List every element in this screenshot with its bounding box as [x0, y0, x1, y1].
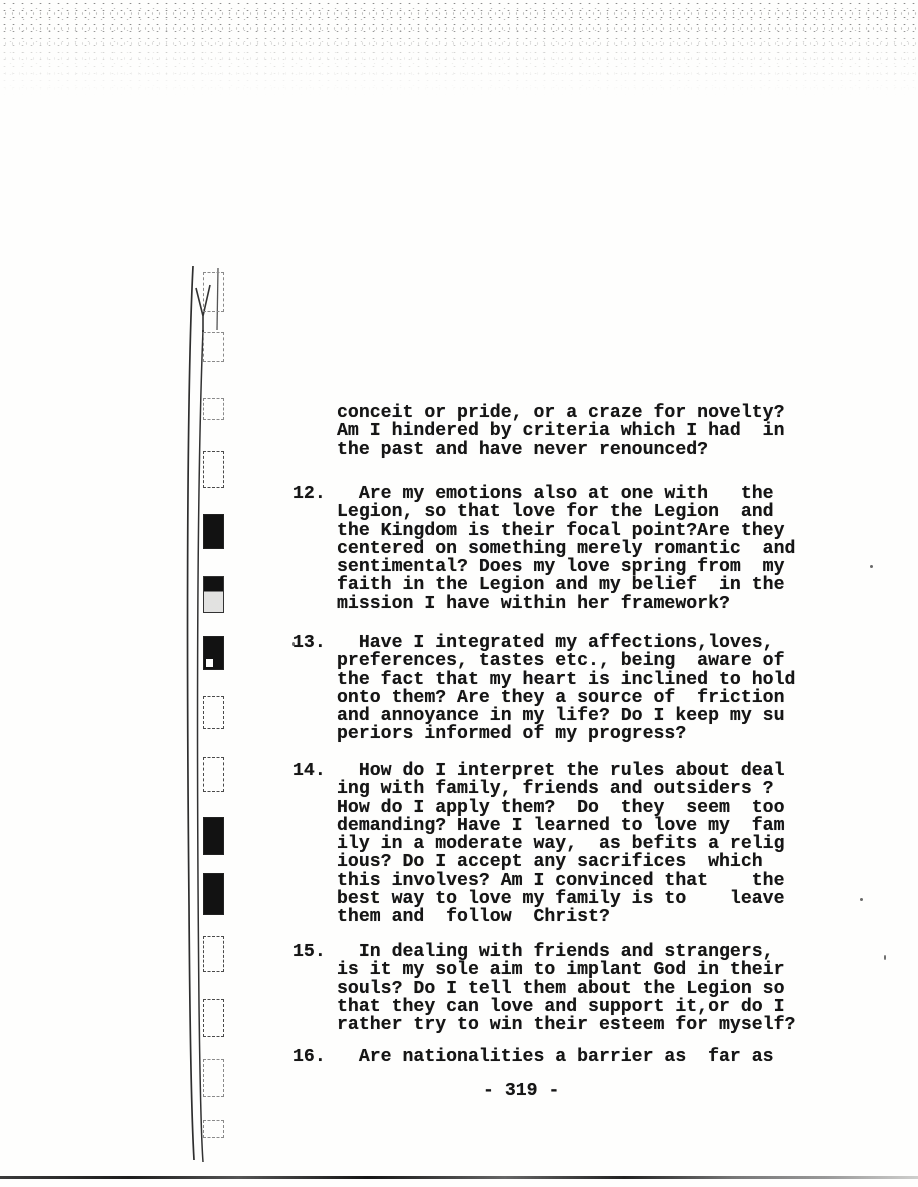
text-line: demanding? Have I learned to love my fam: [337, 817, 785, 835]
text-line: this involves? Am I convinced that the: [337, 872, 785, 890]
text-line: them and follow Christ?: [337, 908, 785, 926]
text-line: ily in a moderate way, as befits a relig: [337, 835, 785, 853]
binding-mark-solid: [203, 636, 224, 670]
text-line: centered on something merely romantic an…: [337, 540, 795, 558]
binding-mark-hollow: [203, 272, 224, 312]
text-line: conceit or pride, or a craze for novelty…: [337, 404, 785, 422]
text-line: the Kingdom is their focal point?Are the…: [337, 522, 795, 540]
question-item-15: 15. In dealing with friends and stranger…: [337, 943, 795, 1034]
binding-mark-hollow: [203, 936, 224, 972]
text-line: onto them? Are they a source of friction: [337, 689, 795, 707]
scanned-document-page: conceit or pride, or a craze for novelty…: [0, 0, 918, 1187]
text-line: souls? Do I tell them about the Legion s…: [337, 980, 795, 998]
text-line: ing with family, friends and outsiders ?: [337, 780, 785, 798]
page-bottom-edge: [0, 1176, 918, 1179]
scan-speck: [870, 565, 873, 568]
binding-mark-hollow: [203, 332, 224, 362]
binding-mark-hollow: [203, 451, 224, 488]
text-line: and annoyance in my life? Do I keep my s…: [337, 707, 795, 725]
item-number: 16.: [293, 1048, 326, 1066]
binding-mark-hollow: [203, 999, 224, 1037]
text-line: Am I hindered by criteria which I had in: [337, 422, 785, 440]
binding-mark-half: [203, 576, 224, 613]
item-number: 15.: [293, 943, 326, 961]
text-line: Are my emotions also at one with the: [337, 485, 795, 503]
item-number: 12.: [293, 485, 326, 503]
text-line: the fact that my heart is inclined to ho…: [337, 671, 795, 689]
text-line: sentimental? Does my love spring from my: [337, 558, 795, 576]
text-line: is it my sole aim to implant God in thei…: [337, 961, 795, 979]
text-line: that they can love and support it,or do …: [337, 998, 795, 1016]
binding-mark-hollow: [203, 1120, 224, 1138]
binding-mark-solid: [203, 817, 224, 855]
question-item-14: 14. How do I interpret the rules about d…: [337, 762, 785, 927]
text-line: How do I interpret the rules about deal: [337, 762, 785, 780]
question-item-12: 12. Are my emotions also at one with the…: [337, 485, 795, 613]
text-line: faith in the Legion and my belief in the: [337, 576, 795, 594]
text-line: ious? Do I accept any sacrifices which: [337, 853, 785, 871]
binding-mark-hollow: [203, 398, 224, 420]
text-line: rather try to win their esteem for mysel…: [337, 1016, 795, 1034]
page-number: - 319 -: [483, 1082, 559, 1100]
text-line: the past and have never renounced?: [337, 441, 785, 459]
item-number: 13.: [293, 634, 326, 652]
binding-mark-solid: [203, 514, 224, 549]
text-line: best way to love my family is to leave: [337, 890, 785, 908]
binding-mark-hollow: [203, 1059, 224, 1097]
text-line: preferences, tastes etc., being aware of: [337, 652, 795, 670]
binding-mark-solid: [203, 873, 224, 915]
item-number: 14.: [293, 762, 326, 780]
paragraph-continuation: conceit or pride, or a craze for novelty…: [337, 404, 785, 459]
text-line: Have I integrated my affections,loves,: [337, 634, 795, 652]
question-item-13: 13. Have I integrated my affections,love…: [337, 634, 795, 744]
binding-mark-hollow: [203, 696, 224, 729]
scan-speck: [884, 955, 886, 960]
text-line: In dealing with friends and strangers,: [337, 943, 795, 961]
question-item-16: 16. Are nationalities a barrier as far a…: [337, 1048, 774, 1066]
binding-mark-hollow: [203, 757, 224, 792]
text-line: Are nationalities a barrier as far as: [337, 1048, 774, 1066]
text-line: Legion, so that love for the Legion and: [337, 503, 795, 521]
text-line: How do I apply them? Do they seem too: [337, 799, 785, 817]
scan-noise-band: [0, 0, 918, 95]
text-line: mission I have within her framework?: [337, 595, 795, 613]
scan-speck: [860, 898, 863, 901]
text-line: periors informed of my progress?: [337, 725, 795, 743]
